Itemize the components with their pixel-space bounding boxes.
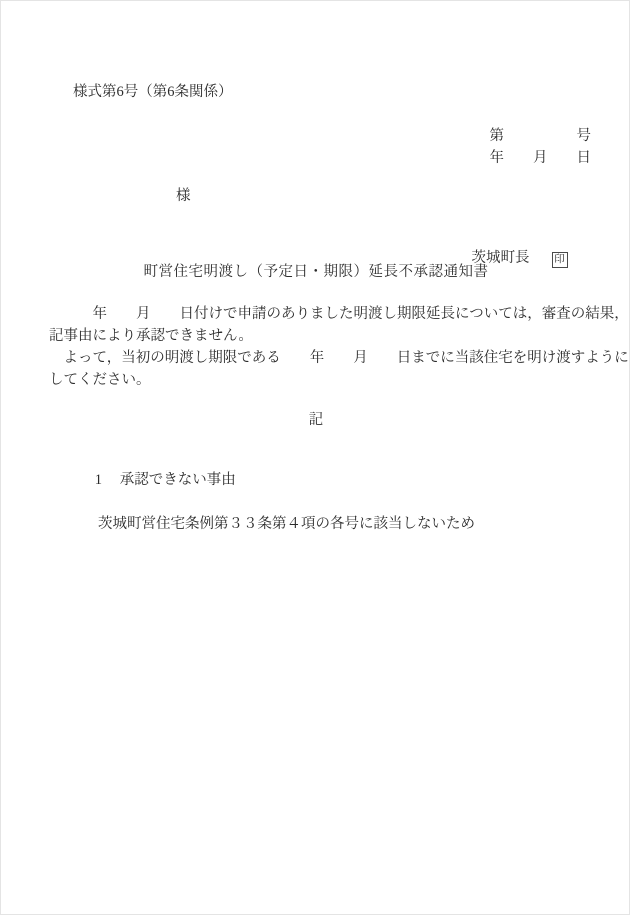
form-number-line: 様式第6号（第6条関係） bbox=[73, 81, 233, 103]
body-paragraph-1: 年 月 日付けで申請のありました明渡し期限延長については，審査の結果，下 記事由… bbox=[49, 303, 609, 347]
paragraph-line: 年 月 日付けで申請のありました明渡し期限延長については，審査の結果，下 bbox=[49, 303, 609, 325]
record-section-marker: 記 bbox=[1, 409, 630, 431]
document-title: 町営住宅明渡し（予定日・期限）延長不承認通知書 bbox=[1, 261, 630, 283]
recipient-suffix: 様 bbox=[176, 185, 191, 207]
paragraph-line: 記事由により承認できません。 bbox=[49, 325, 609, 347]
item-detail: 茨城町営住宅条例第３３条第４項の各号に該当しないため bbox=[73, 513, 475, 535]
reason-item: 1承認できない事由 茨城町営住宅条例第３３条第４項の各号に該当しないため bbox=[73, 447, 475, 535]
document-number-blank: 第 号 bbox=[490, 125, 592, 147]
item-number: 1 bbox=[95, 469, 120, 491]
issue-date-blank: 年 月 日 bbox=[490, 147, 592, 169]
body-paragraph-2: よって，当初の明渡し期限である 年 月 日までに当該住宅を明け渡すように してく… bbox=[49, 347, 609, 391]
item-heading: 承認できない事由 bbox=[120, 472, 236, 488]
document-page: 様式第6号（第6条関係） 第 号 年 月 日 様 茨城町長印 町営住宅明渡し（予… bbox=[0, 0, 630, 915]
paragraph-line: よって，当初の明渡し期限である 年 月 日までに当該住宅を明け渡すように bbox=[49, 347, 609, 369]
paragraph-line: してください。 bbox=[49, 369, 609, 391]
document-header-right: 第 号 年 月 日 bbox=[490, 125, 592, 169]
